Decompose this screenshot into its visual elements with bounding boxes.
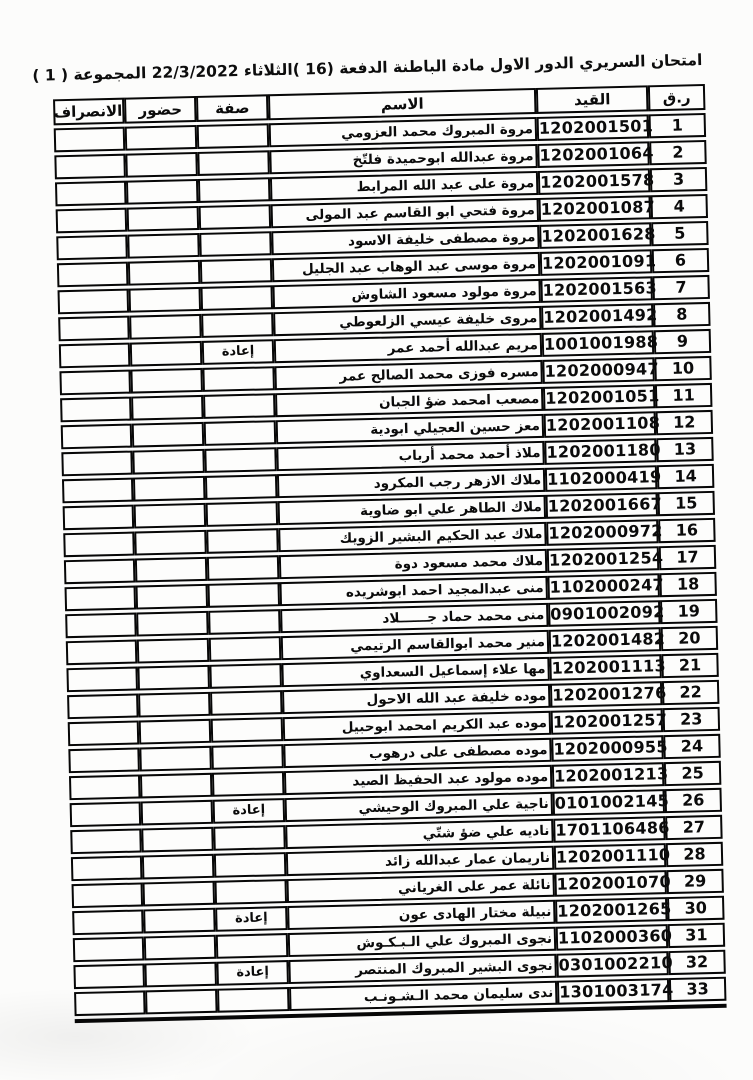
attendance-cell	[141, 800, 214, 826]
attendance-cell	[140, 773, 213, 799]
departure-cell	[72, 882, 144, 908]
status-cell	[197, 123, 270, 149]
attendance-cell	[130, 341, 203, 367]
departure-cell	[60, 397, 132, 423]
attendance-cell	[127, 233, 200, 259]
row-number-cell: 10	[654, 356, 712, 381]
row-number-cell: 18	[659, 572, 717, 597]
student-id-cell: 1202001667	[545, 492, 658, 519]
column-header-departure: الانصراف	[53, 98, 125, 126]
student-id-cell: 1202001213	[552, 762, 665, 789]
row-number-cell: 20	[661, 626, 719, 651]
student-id-cell: 1202001578	[538, 168, 651, 195]
student-name-cell: منى عبدالمجيد احمد ابوشريده	[279, 576, 547, 606]
departure-cell	[55, 181, 127, 207]
student-name-cell: مريم عبدالله أحمد عمر	[274, 333, 542, 363]
status-cell: إعادة	[215, 906, 288, 932]
departure-cell	[73, 963, 145, 989]
student-name-cell: موده مصطفى على درهوب	[283, 738, 551, 768]
row-number-cell: 22	[662, 680, 720, 705]
student-id-cell: 0101002145	[552, 789, 665, 816]
departure-cell	[66, 640, 138, 666]
student-name-cell: نجوى المبروك علي الـبـكـوش	[288, 927, 556, 957]
departure-cell	[68, 721, 140, 747]
departure-cell	[69, 774, 141, 800]
attendance-cell	[125, 125, 198, 151]
attendance-cell	[144, 962, 217, 988]
student-name-cell: موده خليفة عبد الله الاحول	[282, 684, 550, 714]
attendance-cell	[125, 152, 198, 178]
student-name-cell: منى محمد حماد جــــــلاد	[280, 603, 548, 633]
departure-cell	[67, 694, 139, 720]
status-cell	[207, 555, 280, 581]
student-id-cell: 1202001113	[549, 654, 662, 681]
attendance-cell	[143, 908, 216, 934]
student-id-cell: 1202001091	[540, 249, 653, 276]
attendance-table: ر.ق القيد الاسم صفة حضور الانصراف 1 1202…	[53, 81, 727, 1023]
status-cell	[197, 150, 270, 176]
departure-cell	[68, 747, 140, 773]
status-cell	[214, 879, 287, 905]
row-number-cell: 27	[665, 815, 723, 840]
student-id-cell: 1202001087	[538, 195, 651, 222]
departure-cell	[56, 235, 128, 261]
row-number-cell: 26	[664, 788, 722, 813]
status-cell	[208, 609, 281, 635]
student-id-cell: 1202001254	[547, 546, 660, 573]
attendance-cell	[135, 557, 208, 583]
student-name-cell: موده مولود عبد الحفيظ الصيد	[284, 765, 552, 795]
status-cell	[210, 690, 283, 716]
student-name-cell: نجوى البشير المبروك المنتصر	[288, 954, 556, 984]
departure-cell	[63, 532, 135, 558]
departure-cell	[71, 855, 143, 881]
row-number-cell: 4	[650, 194, 708, 219]
column-header-name: الاسم	[268, 88, 537, 120]
departure-cell	[59, 343, 131, 369]
row-number-cell: 21	[661, 653, 719, 678]
row-number-cell: 7	[652, 275, 710, 300]
student-name-cell: ملاك الطاهر علي ابو ضاوية	[278, 495, 546, 525]
status-cell	[209, 636, 282, 662]
student-id-cell: 1202000955	[551, 735, 664, 762]
attendance-cell	[132, 449, 205, 475]
student-name-cell: معز حسين العجيلي ابودية	[276, 414, 544, 444]
status-cell	[213, 825, 286, 851]
student-name-cell: ملاك عبد الحكيم البشير الزويك	[278, 522, 546, 552]
student-id-cell: 1102000247	[547, 573, 660, 600]
status-cell	[216, 933, 289, 959]
attendance-cell	[134, 530, 207, 556]
status-cell: إعادة	[202, 339, 275, 365]
row-number-cell: 16	[658, 518, 716, 543]
document-title: امتحان السريري الدور الاول مادة الباطنة …	[52, 48, 702, 87]
row-number-cell: 8	[653, 302, 711, 327]
departure-cell	[74, 990, 146, 1016]
row-number-cell: 11	[655, 383, 713, 408]
table-body: 1 1202001501 مروة المبروك محمد العزومي 2…	[54, 113, 727, 1016]
row-number-cell: 5	[651, 221, 709, 246]
student-id-cell: 1202001051	[543, 384, 656, 411]
row-number-cell: 9	[654, 329, 712, 354]
row-number-cell: 33	[669, 977, 727, 1002]
status-cell	[207, 582, 280, 608]
student-id-cell: 1202001276	[550, 681, 663, 708]
column-header-no: ر.ق	[648, 84, 706, 111]
row-number-cell: 6	[652, 248, 710, 273]
student-name-cell: نائلة عمر على الغرياني	[286, 873, 554, 903]
status-cell: إعادة	[213, 798, 286, 824]
attendance-cell	[138, 692, 211, 718]
attendance-cell	[132, 422, 205, 448]
row-number-cell: 2	[649, 140, 707, 165]
student-name-cell: ملاك الازهر رجب المكرود	[277, 468, 545, 498]
row-number-cell: 24	[663, 734, 721, 759]
row-number-cell: 1	[649, 113, 707, 138]
departure-cell	[66, 667, 138, 693]
student-id-cell: 1202001180	[544, 438, 657, 465]
attendance-cell	[129, 314, 202, 340]
attendance-cell	[136, 611, 209, 637]
status-cell	[199, 204, 272, 230]
attendance-cell	[144, 935, 217, 961]
attendance-cell	[129, 287, 202, 313]
status-cell	[204, 447, 277, 473]
student-name-cell: ندى سليمان محمد الـشـونـب	[289, 981, 557, 1011]
attendance-cell	[143, 881, 216, 907]
student-name-cell: منير محمد ابوالقاسم الرتيمي	[281, 630, 549, 660]
departure-cell	[62, 478, 134, 504]
column-header-status: صفة	[196, 94, 269, 122]
row-number-cell: 28	[666, 842, 724, 867]
departure-cell	[63, 505, 135, 531]
attendance-cell	[131, 395, 204, 421]
scanned-page: امتحان السريري الدور الاول مادة الباطنة …	[0, 0, 753, 1080]
row-number-cell: 29	[666, 869, 724, 894]
attendance-cell	[126, 179, 199, 205]
student-name-cell: مروة مصطفى خليفة الاسود	[271, 225, 539, 255]
status-cell	[199, 231, 272, 257]
student-name-cell: ناريمان عمار عبدالله زائد	[286, 846, 554, 876]
attendance-cell	[142, 854, 215, 880]
student-name-cell: مها علاء إسماعيل السعداوي	[281, 657, 549, 687]
departure-cell	[58, 289, 130, 315]
student-name-cell: ملاذ أحمد محمد أرباب	[276, 441, 544, 471]
attendance-cell	[130, 368, 203, 394]
student-id-cell: 1202001110	[554, 843, 667, 870]
student-id-cell: 1202001482	[549, 627, 662, 654]
departure-cell	[57, 262, 129, 288]
attendance-cell	[134, 503, 207, 529]
document-sheet: امتحان السريري الدور الاول مادة الباطنة …	[52, 48, 726, 1023]
status-cell	[200, 258, 273, 284]
student-name-cell: مروة موسى عبد الوهاب عبد الجليل	[272, 252, 540, 282]
student-id-cell: 0301002210	[556, 951, 669, 978]
attendance-cell	[139, 746, 212, 772]
status-cell: إعادة	[216, 960, 289, 986]
student-name-cell: مروة مولود مسعود الشاوش	[272, 279, 540, 309]
departure-cell	[61, 424, 133, 450]
row-number-cell: 23	[663, 707, 721, 732]
departure-cell	[73, 936, 145, 962]
student-name-cell: مروة فتحي ابو القاسم عبد المولى	[271, 198, 539, 228]
row-number-cell: 31	[668, 923, 726, 948]
row-number-cell: 19	[660, 599, 718, 624]
student-id-cell: 1102000360	[556, 924, 669, 951]
status-cell	[203, 393, 276, 419]
departure-cell	[54, 154, 126, 180]
student-id-cell: 1202000947	[542, 357, 655, 384]
student-id-cell: 1102000419	[545, 465, 658, 492]
attendance-cell	[136, 584, 209, 610]
departure-cell	[65, 613, 137, 639]
row-number-cell: 13	[656, 437, 714, 462]
status-cell	[211, 744, 284, 770]
status-cell	[214, 852, 287, 878]
attendance-cell	[128, 260, 201, 286]
student-name-cell: مروى خليفة عيسي الزلعوطي	[273, 306, 541, 336]
status-cell	[209, 663, 282, 689]
status-cell	[217, 987, 290, 1013]
departure-cell	[56, 208, 128, 234]
departure-cell	[59, 370, 131, 396]
student-id-cell: 1202001064	[537, 141, 650, 168]
student-name-cell: مروة المبروك محمد العزومي	[269, 117, 537, 147]
row-number-cell: 32	[668, 950, 726, 975]
student-name-cell: نبيلة مختار الهادى عون	[287, 900, 555, 930]
student-name-cell: ملاك محمد مسعود دوة	[279, 549, 547, 579]
status-cell	[198, 177, 271, 203]
student-id-cell: 1202001265	[555, 897, 668, 924]
row-number-cell: 12	[656, 410, 714, 435]
status-cell	[201, 312, 274, 338]
row-number-cell: 15	[657, 491, 715, 516]
status-cell	[206, 528, 279, 554]
departure-cell	[70, 801, 142, 827]
student-name-cell: ناديه علي ضؤ شتّي	[285, 819, 553, 849]
status-cell	[212, 771, 285, 797]
departure-cell	[70, 828, 142, 854]
row-number-cell: 30	[667, 896, 725, 921]
attendance-cell	[137, 665, 210, 691]
departure-cell	[72, 909, 144, 935]
attendance-cell	[139, 719, 212, 745]
attendance-cell	[137, 638, 210, 664]
status-cell	[202, 366, 275, 392]
student-name-cell: ناجية علي المبروك الوحيشي	[285, 792, 553, 822]
student-id-cell: 1202001492	[541, 303, 654, 330]
row-number-cell: 25	[664, 761, 722, 786]
status-cell	[200, 285, 273, 311]
student-id-cell: 1701106486	[553, 816, 666, 843]
student-id-cell: 1202001108	[544, 411, 657, 438]
student-id-cell: 1202001257	[551, 708, 664, 735]
row-number-cell: 14	[657, 464, 715, 489]
departure-cell	[58, 316, 130, 342]
student-id-cell: 1001001988	[542, 330, 655, 357]
column-header-id: القيد	[536, 85, 649, 114]
status-cell	[211, 717, 284, 743]
student-id-cell: 1202001501	[537, 114, 650, 141]
status-cell	[206, 501, 279, 527]
attendance-cell	[145, 989, 218, 1015]
departure-cell	[54, 127, 126, 153]
row-number-cell: 17	[659, 545, 717, 570]
student-name-cell: مصعب امحمد ضؤ الجبان	[275, 387, 543, 417]
departure-cell	[65, 586, 137, 612]
student-name-cell: مروة على عبد الله المرابط	[270, 171, 538, 201]
departure-cell	[61, 451, 133, 477]
departure-cell	[64, 559, 136, 585]
student-name-cell: موده عبد الكريم امحمد ابوحبيل	[283, 711, 551, 741]
attendance-cell	[141, 827, 214, 853]
student-id-cell: 1202000972	[546, 519, 659, 546]
student-id-cell: 1202001070	[554, 870, 667, 897]
student-id-cell: 1202001563	[540, 276, 653, 303]
student-id-cell: 1301003174	[557, 978, 670, 1005]
student-name-cell: مروة عبدالله ابوحميدة فلتّخ	[269, 144, 537, 174]
row-number-cell: 3	[650, 167, 708, 192]
column-header-attendance: حضور	[124, 96, 197, 124]
attendance-cell	[133, 476, 206, 502]
student-id-cell: 1202001628	[539, 222, 652, 249]
attendance-cell	[127, 206, 200, 232]
student-name-cell: مسره فوزى محمد الصالح عمر	[274, 360, 542, 390]
status-cell	[204, 420, 277, 446]
status-cell	[205, 474, 278, 500]
student-id-cell: 0901002092	[548, 600, 661, 627]
